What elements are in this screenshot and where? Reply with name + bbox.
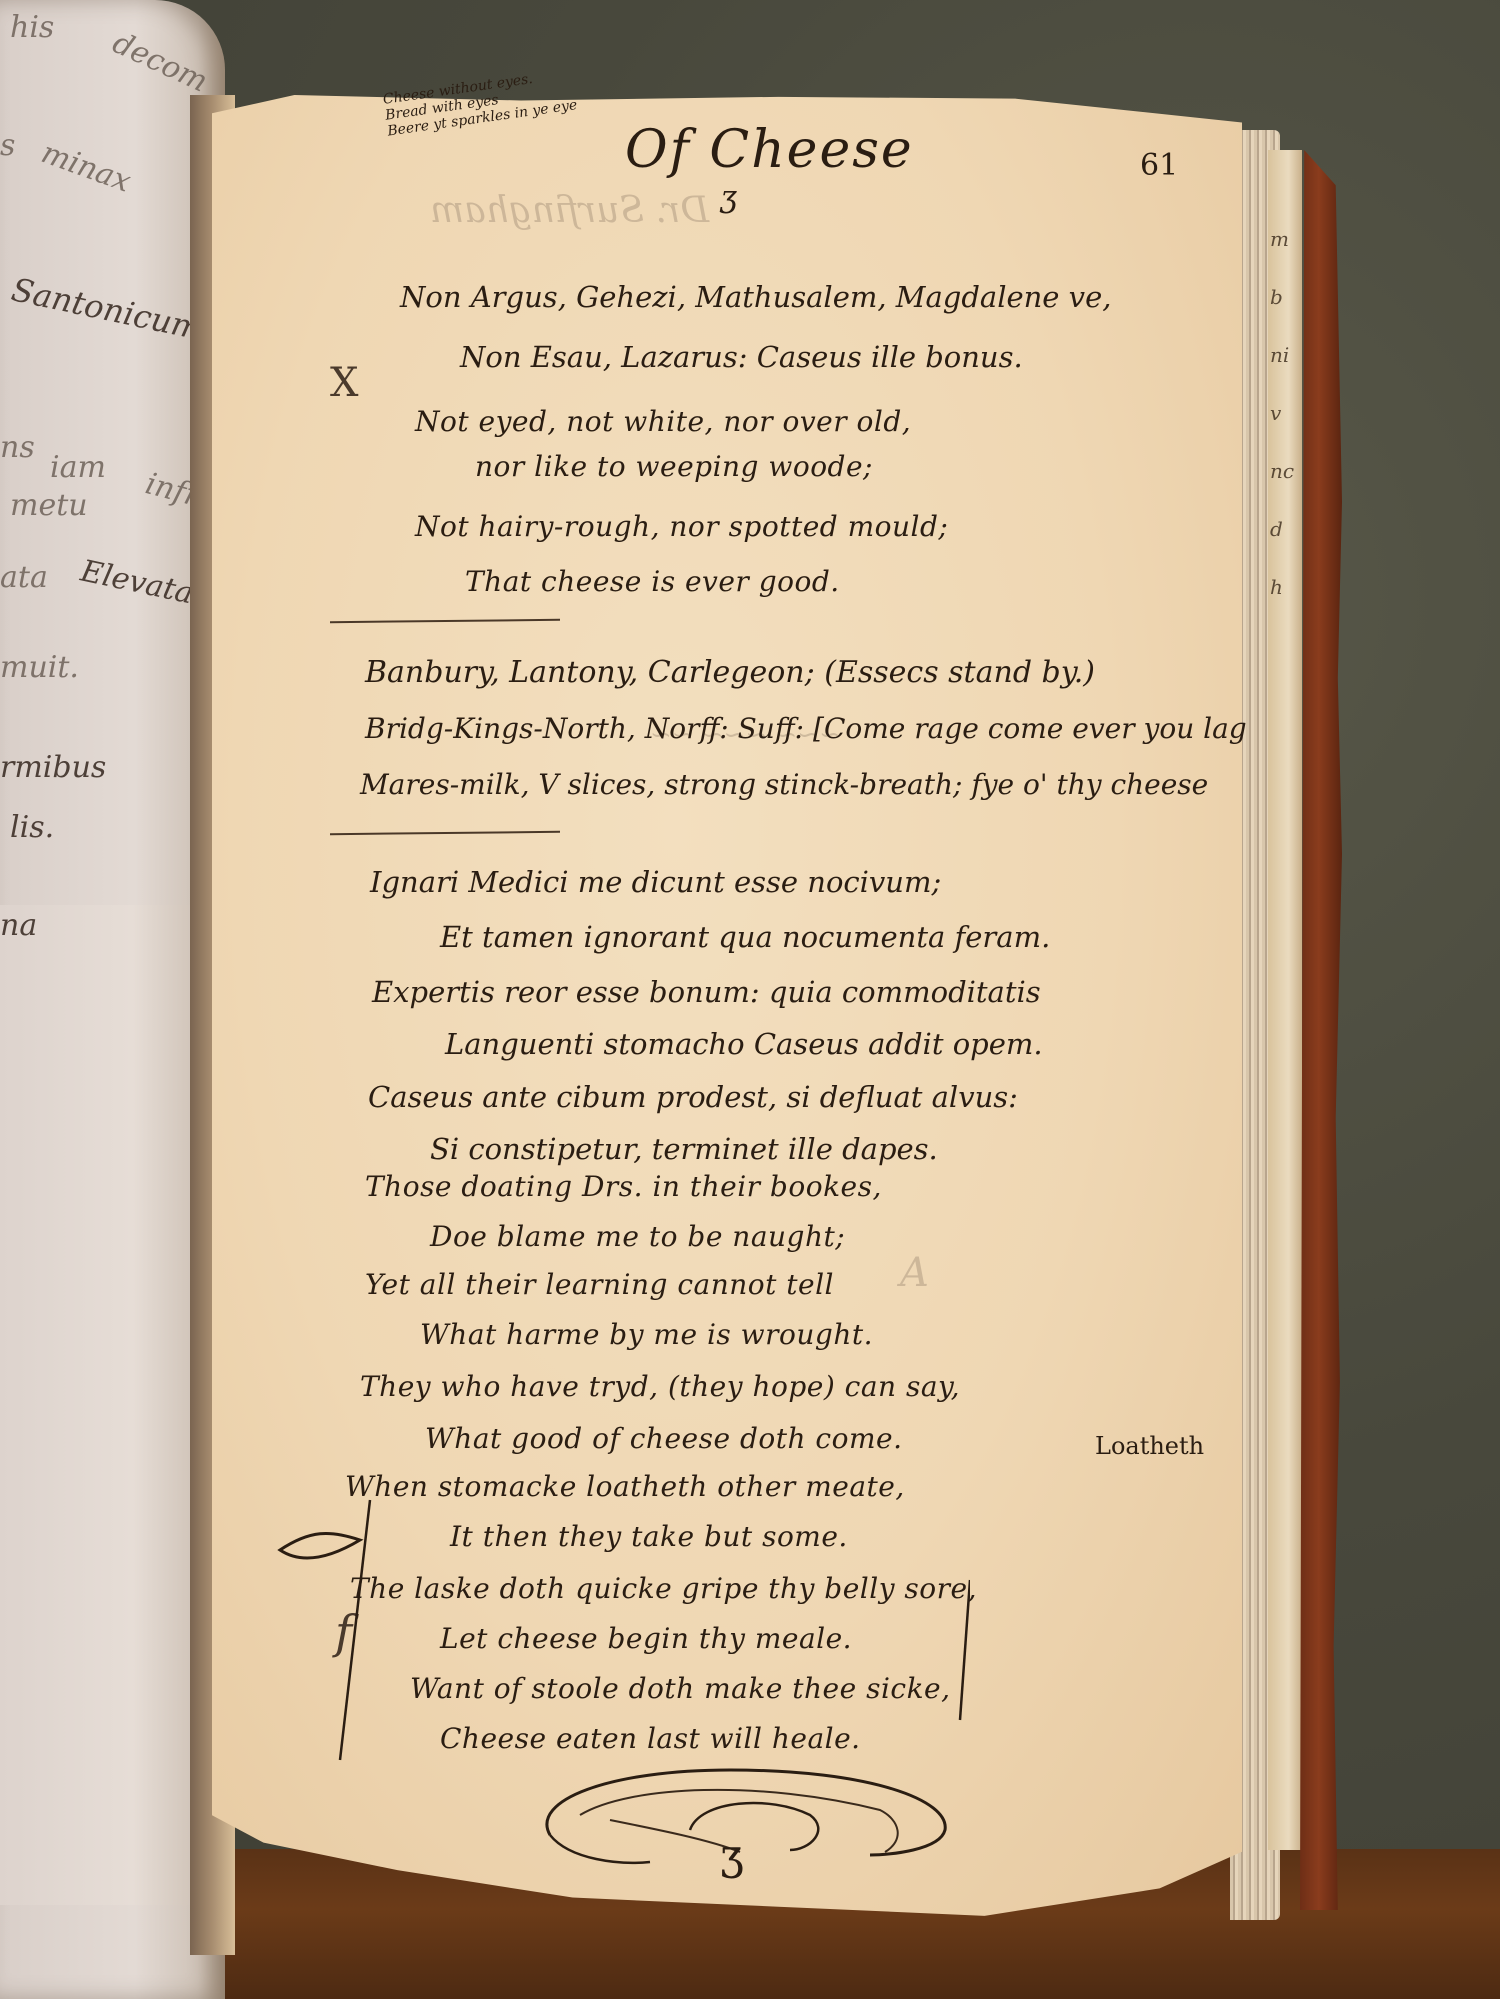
bleed-through-text: Dr. Surfingham [430,190,709,231]
right-margin-note: Loatheth [1095,1432,1204,1460]
verse-line: Caseus ante cibum prodest, si defluat al… [368,1080,1018,1114]
verse-line: What harme by me is wrought. [420,1318,873,1351]
verse-line: Those doating Drs. in their bookes, [365,1170,882,1203]
verse-line: Ignari Medici me dicunt esse nocivum; [370,865,941,899]
left-fragment: his [10,10,54,45]
verse-line: What good of cheese doth come. [425,1422,902,1455]
verse-line: Banbury, Lantony, Carlegeon; (Essecs sta… [365,655,1095,690]
fore-edge-letter: ni [1270,326,1300,384]
end-flourish-mark: ʒ [720,1830,744,1879]
folio-number: 61 [1140,148,1178,183]
verse-line: Et tamen ignorant qua nocumenta feram. [440,920,1050,954]
verse-line: Non Argus, Gehezi, Mathusalem, Magdalene… [400,280,1111,314]
fore-edge-letter: h [1270,558,1300,616]
left-fragment: Elevata [78,554,197,612]
left-fragment: decom [107,25,213,99]
fore-edge-letter: nc [1270,442,1300,500]
verse-line: Not eyed, not white, nor over old, [415,405,911,438]
left-fragment: Santonicum [8,270,205,347]
verse-line: Bridg-Kings-North, Norff: Suff: [Come ra… [365,712,1247,745]
left-fragment: lis. [10,810,54,845]
left-fragment: ns [0,430,35,465]
margin-x-mark: X [330,360,358,406]
fore-edge-letter: m [1270,210,1300,268]
left-fragment: s [0,128,15,163]
verse-line: Expertis reor esse bonum: quia commodita… [372,975,1041,1009]
left-fragment: rmibus [0,750,106,785]
verse-line: Languenti stomacho Caseus addit opem. [445,1027,1043,1061]
fore-edge-letters: m b ni v nc d h [1270,210,1300,616]
verse-line: nor like to weeping woode; [475,450,873,483]
verse-line: They who have tryd, (they hope) can say, [360,1370,960,1403]
left-page-lower-leaf [0,905,190,1905]
verse-line: That cheese is ever good. [465,565,840,598]
left-fragment: iam [50,450,106,485]
verse-line: Doe blame me to be naught; [430,1220,845,1253]
fore-edge-letter: d [1270,500,1300,558]
verse-line: Yet all their learning cannot tell [365,1268,834,1301]
left-fragment: muit. [0,650,79,685]
bleed-through-text: A [900,1250,929,1296]
verse-line: Si constipetur, terminet ille dapes. [430,1132,938,1166]
verse-line: Mares-milk, V slices, strong stinck-brea… [360,768,1208,801]
title-flourish: ʒ [720,180,737,215]
verse-line: Non Esau, Lazarus: Caseus ille bonus. [460,340,1023,374]
left-fragment: metu [10,488,88,523]
left-fragment: minax [37,135,136,199]
fore-edge-letter: b [1270,268,1300,326]
verse-line: Not hairy-rough, nor spotted mould; [415,510,948,543]
left-fragment: ata [0,560,48,595]
page-title: Of Cheese [625,120,914,180]
fore-edge-letter: v [1270,384,1300,442]
left-fragment: na [0,908,37,943]
